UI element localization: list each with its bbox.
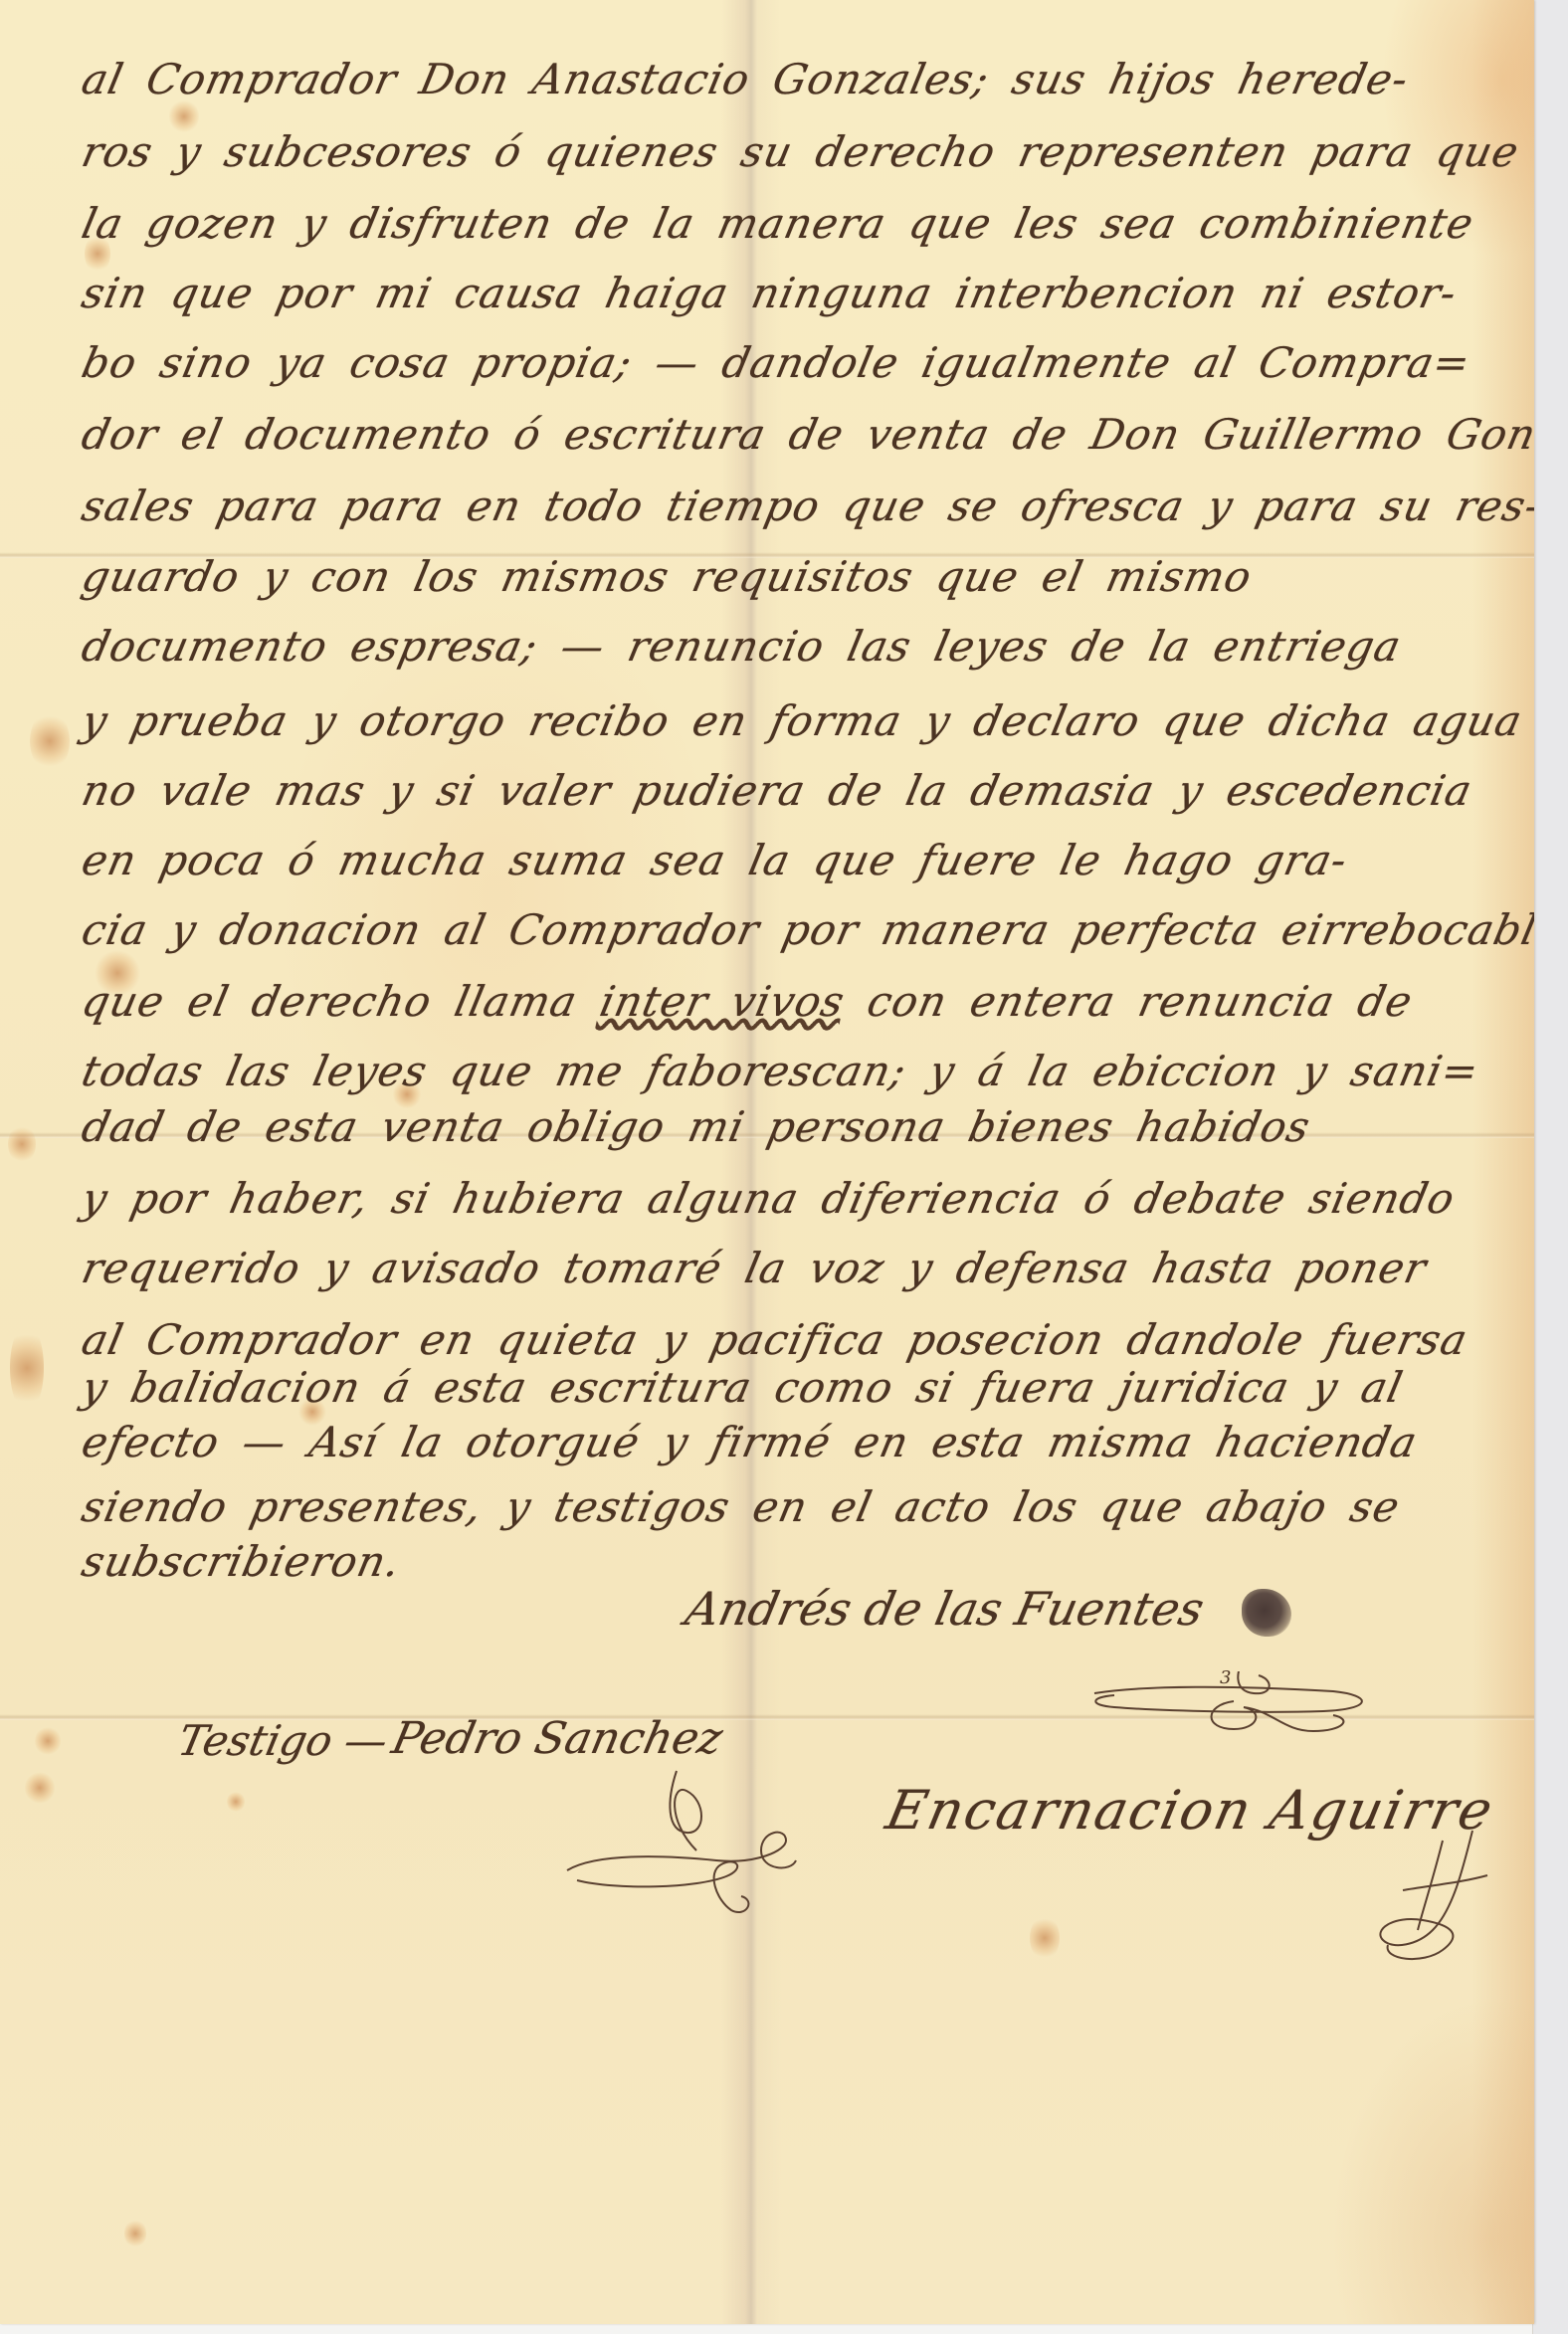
text-line: guardo y con los mismos requisitos que e… xyxy=(78,552,1520,601)
text-line: no vale mas y si valer pudiera de la dem… xyxy=(78,766,1520,815)
witness-label: Testigo — xyxy=(174,1716,392,1765)
text-line: ros y subcesores ó quienes su derecho re… xyxy=(78,127,1520,176)
text-line: sin que por mi causa haiga ninguna inter… xyxy=(78,269,1520,317)
text-line: siendo presentes, y testigos en el acto … xyxy=(78,1482,1520,1531)
text-line: documento espresa; — renuncio las leyes … xyxy=(78,622,1520,671)
text-line: dad de esta venta obligo mi persona bien… xyxy=(78,1102,1520,1151)
manuscript-page: al Comprador Don Anastacio Gonzales; sus… xyxy=(0,0,1534,2324)
signature-flourish-icon xyxy=(1084,1671,1383,1751)
text-line: sales para para en todo tiempo que se of… xyxy=(78,482,1520,530)
foxing-stain xyxy=(25,1771,55,1805)
text-line: en poca ó mucha suma sea la que fuere le… xyxy=(78,836,1520,884)
text-line: y por haber, si hubiera alguna diferienc… xyxy=(78,1174,1520,1223)
scanner-backing-strip xyxy=(1532,0,1568,2334)
foxing-stain xyxy=(124,2219,146,2248)
foxing-stain xyxy=(8,1124,36,1164)
text-line: bo sino ya cosa propia; — dandole igualm… xyxy=(78,338,1520,387)
text-line: que el derecho llama inter vivos con ent… xyxy=(78,977,1520,1026)
text-line: y prueba y otorgo recibo en forma y decl… xyxy=(78,696,1520,745)
foxing-stain xyxy=(10,1323,44,1413)
text-line: todas las leyes que me faborescan; y á l… xyxy=(78,1047,1520,1095)
signature-flourish-icon xyxy=(1363,1821,1502,1970)
text-line: requerido y avisado tomaré la voz y defe… xyxy=(78,1244,1520,1292)
text-line: la gozen y disfruten de la manera que le… xyxy=(78,199,1520,248)
foxing-stain xyxy=(1030,1915,1060,1961)
text-line: subscribieron. xyxy=(78,1537,1520,1586)
underlined-phrase: inter vivos xyxy=(596,977,850,1026)
signature-pedro-sanchez: Pedro Sanchez xyxy=(388,1713,727,1764)
foxing-stain xyxy=(35,1726,61,1756)
text-line: al Comprador en quieta y pacifica poseci… xyxy=(78,1315,1520,1364)
signature-flourish-icon xyxy=(557,1761,816,1920)
text-line: dor el documento ó escritura de venta de… xyxy=(78,410,1520,459)
signature-andres-de-las-fuentes: Andrés de las Fuentes xyxy=(681,1582,1209,1636)
ink-blot xyxy=(1242,1589,1291,1637)
text-line: cia y donacion al Comprador por manera p… xyxy=(78,905,1520,954)
foxing-stain xyxy=(227,1791,245,1813)
text-line: y balidacion á esta escritura como si fu… xyxy=(78,1363,1520,1412)
text-line: efecto — Así la otorgué y firmé en esta … xyxy=(78,1418,1520,1466)
foxing-stain xyxy=(30,711,70,771)
text-line: al Comprador Don Anastacio Gonzales; sus… xyxy=(78,55,1520,103)
